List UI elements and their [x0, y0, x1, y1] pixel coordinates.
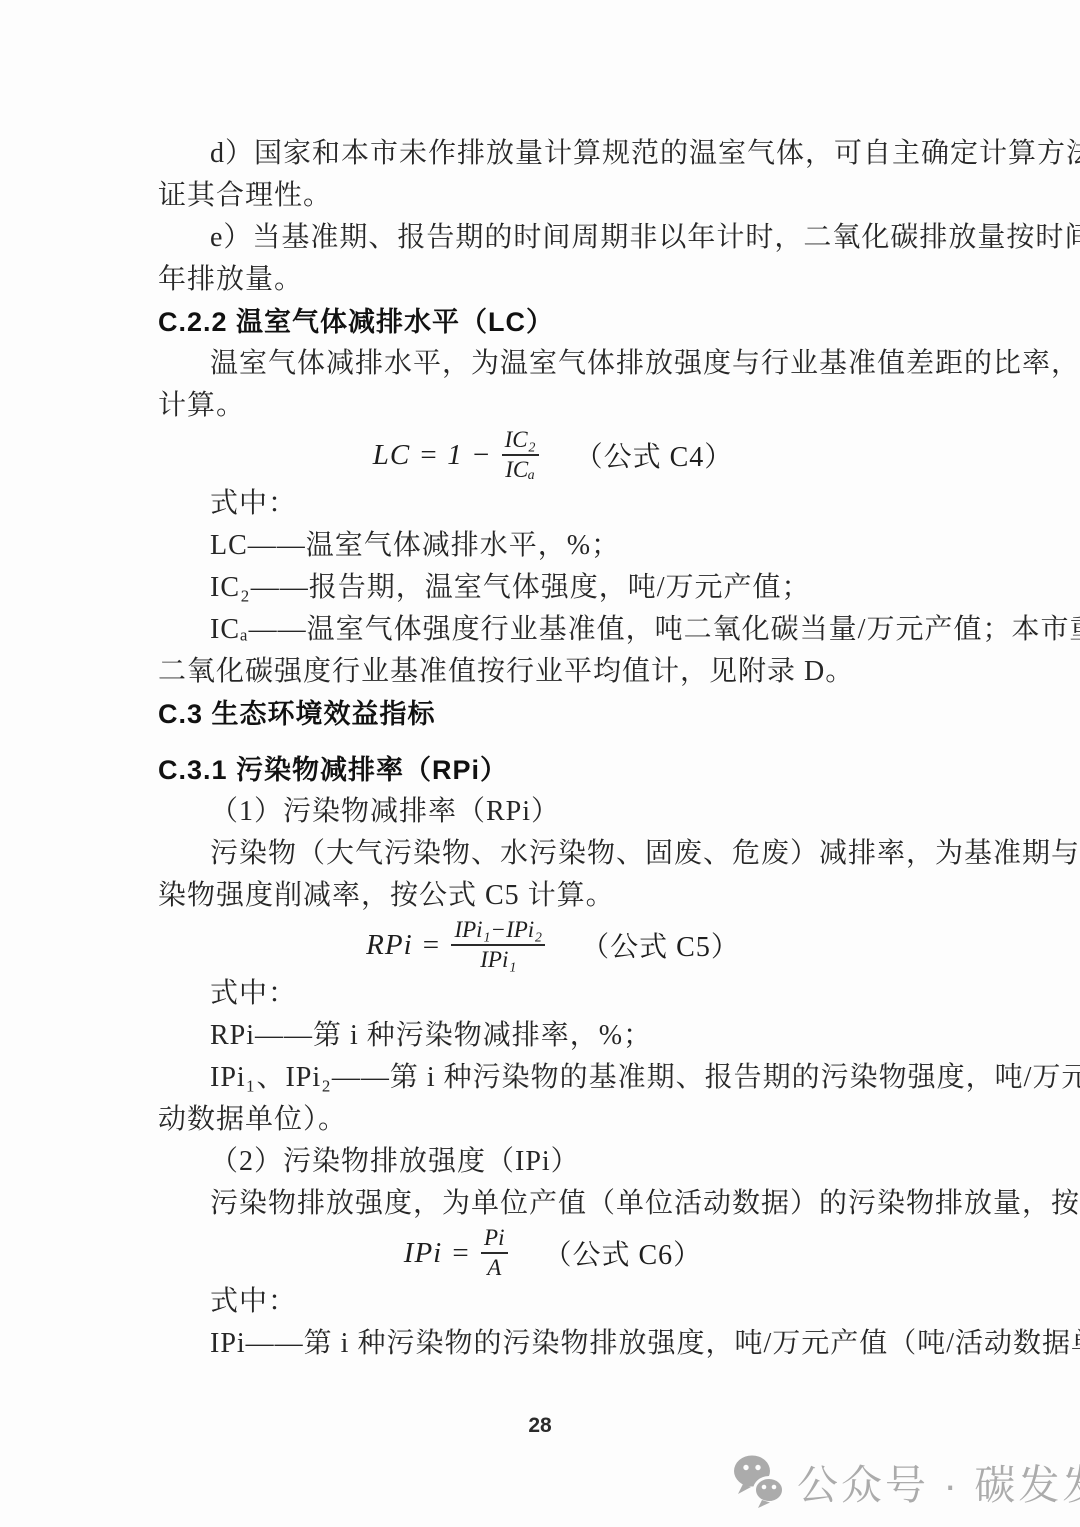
wechat-icon	[733, 1454, 785, 1510]
definition-lc: LC——温室气体减排水平，%；	[158, 525, 948, 567]
paragraph-c31-line1: 污染物（大气污染物、水污染物、固废、危废）减排率，为基准期与报告期的污	[158, 833, 948, 875]
definition-ic2: IC₂——报告期，温室气体强度，吨/万元产值；	[158, 567, 948, 609]
paragraph-c31-line2: 染物强度削减率，按公式 C5 计算。	[158, 875, 948, 917]
formula-c5-numerator: IPi₁−IPi₂	[451, 917, 545, 946]
formula-c5-denominator: IPi₁	[477, 946, 519, 973]
formula-c6-fraction: Pi A	[481, 1225, 507, 1282]
formula-c6-label: （公式 C6）	[544, 1233, 703, 1273]
formula-c4-numerator: IC₂	[502, 427, 539, 456]
formula-c6-where: 式中：	[158, 1281, 948, 1323]
formula-c6-denominator: A	[484, 1254, 504, 1281]
item-1-title: （1）污染物减排率（RPi）	[158, 791, 948, 833]
definition-ipi-line2: 动数据单位）。	[158, 1099, 948, 1141]
section-heading-c2-2: C.2.2 温室气体减排水平（LC）	[158, 301, 948, 343]
document-body: d）国家和本市未作排放量计算规范的温室气体，可自主确定计算方法，并予以自 证其合…	[158, 133, 948, 1365]
definition-ica-line2: 二氧化碳强度行业基准值按行业平均值计，见附录 D。	[158, 651, 948, 693]
formula-c5-fraction: IPi₁−IPi₂ IPi₁	[451, 917, 545, 974]
formula-c6-numerator: Pi	[481, 1225, 507, 1254]
formula-c4-fraction: IC₂ ICₐ	[502, 427, 539, 484]
page-number: 28	[0, 1412, 1080, 1440]
paragraph-c32-line1: 污染物排放强度，为单位产值（单位活动数据）的污染物排放量，按公式 C6 计算:	[158, 1183, 948, 1225]
definition-rpi: RPi——第 i 种污染物减排率，%；	[158, 1015, 948, 1057]
document-page: d）国家和本市未作排放量计算规范的温室气体，可自主确定计算方法，并予以自 证其合…	[0, 0, 1080, 1527]
watermark-text: 公众号 · 碳发发888	[797, 1452, 1080, 1511]
paragraph-d-line1: d）国家和本市未作排放量计算规范的温室气体，可自主确定计算方法，并予以自	[158, 133, 948, 175]
formula-c5-where: 式中：	[158, 973, 948, 1015]
formula-c4-where: 式中：	[158, 483, 948, 525]
section-heading-c3: C.3 生态环境效益指标	[158, 693, 948, 735]
formula-c5-label: （公式 C5）	[581, 925, 740, 965]
paragraph-c22-line2: 计算。	[158, 385, 948, 427]
formula-c4-denominator: ICₐ	[502, 456, 538, 483]
formula-c6: IPi = Pi A （公式 C6）	[158, 1225, 948, 1281]
formula-c6-lhs: IPi =	[404, 1237, 471, 1270]
item-2-title: （2）污染物排放强度（IPi）	[158, 1141, 948, 1183]
formula-c4-label: （公式 C4）	[575, 435, 734, 475]
section-heading-c3-1: C.3.1 污染物减排率（RPi）	[158, 749, 948, 791]
formula-c5: RPi = IPi₁−IPi₂ IPi₁ （公式 C5）	[158, 917, 948, 973]
formula-c4-lhs: LC = 1 −	[373, 439, 492, 472]
formula-c4: LC = 1 − IC₂ ICₐ （公式 C4）	[158, 427, 948, 483]
paragraph-d-line2: 证其合理性。	[158, 175, 948, 217]
paragraph-e-line1: e）当基准期、报告期的时间周期非以年计时，二氧化碳排放量按时间长度换算为	[158, 217, 948, 259]
definition-ipi-line1: IPi₁、IPi₂——第 i 种污染物的基准期、报告期的污染物强度，吨/万元产值…	[158, 1057, 948, 1099]
paragraph-e-line2: 年排放量。	[158, 259, 948, 301]
paragraph-c22-line1: 温室气体减排水平，为温室气体排放强度与行业基准值差距的比率，按公式 C4	[158, 343, 948, 385]
definition-ipi-intensity: IPi——第 i 种污染物的污染物排放强度，吨/万元产值（吨/活动数据单位）；	[158, 1323, 948, 1365]
watermark: 公众号 · 碳发发888	[733, 1452, 1080, 1511]
formula-c5-lhs: RPi =	[366, 929, 441, 962]
definition-ica-line1: ICₐ——温室气体强度行业基准值，吨二氧化碳当量/万元产值；本市重点工业行业	[158, 609, 948, 651]
